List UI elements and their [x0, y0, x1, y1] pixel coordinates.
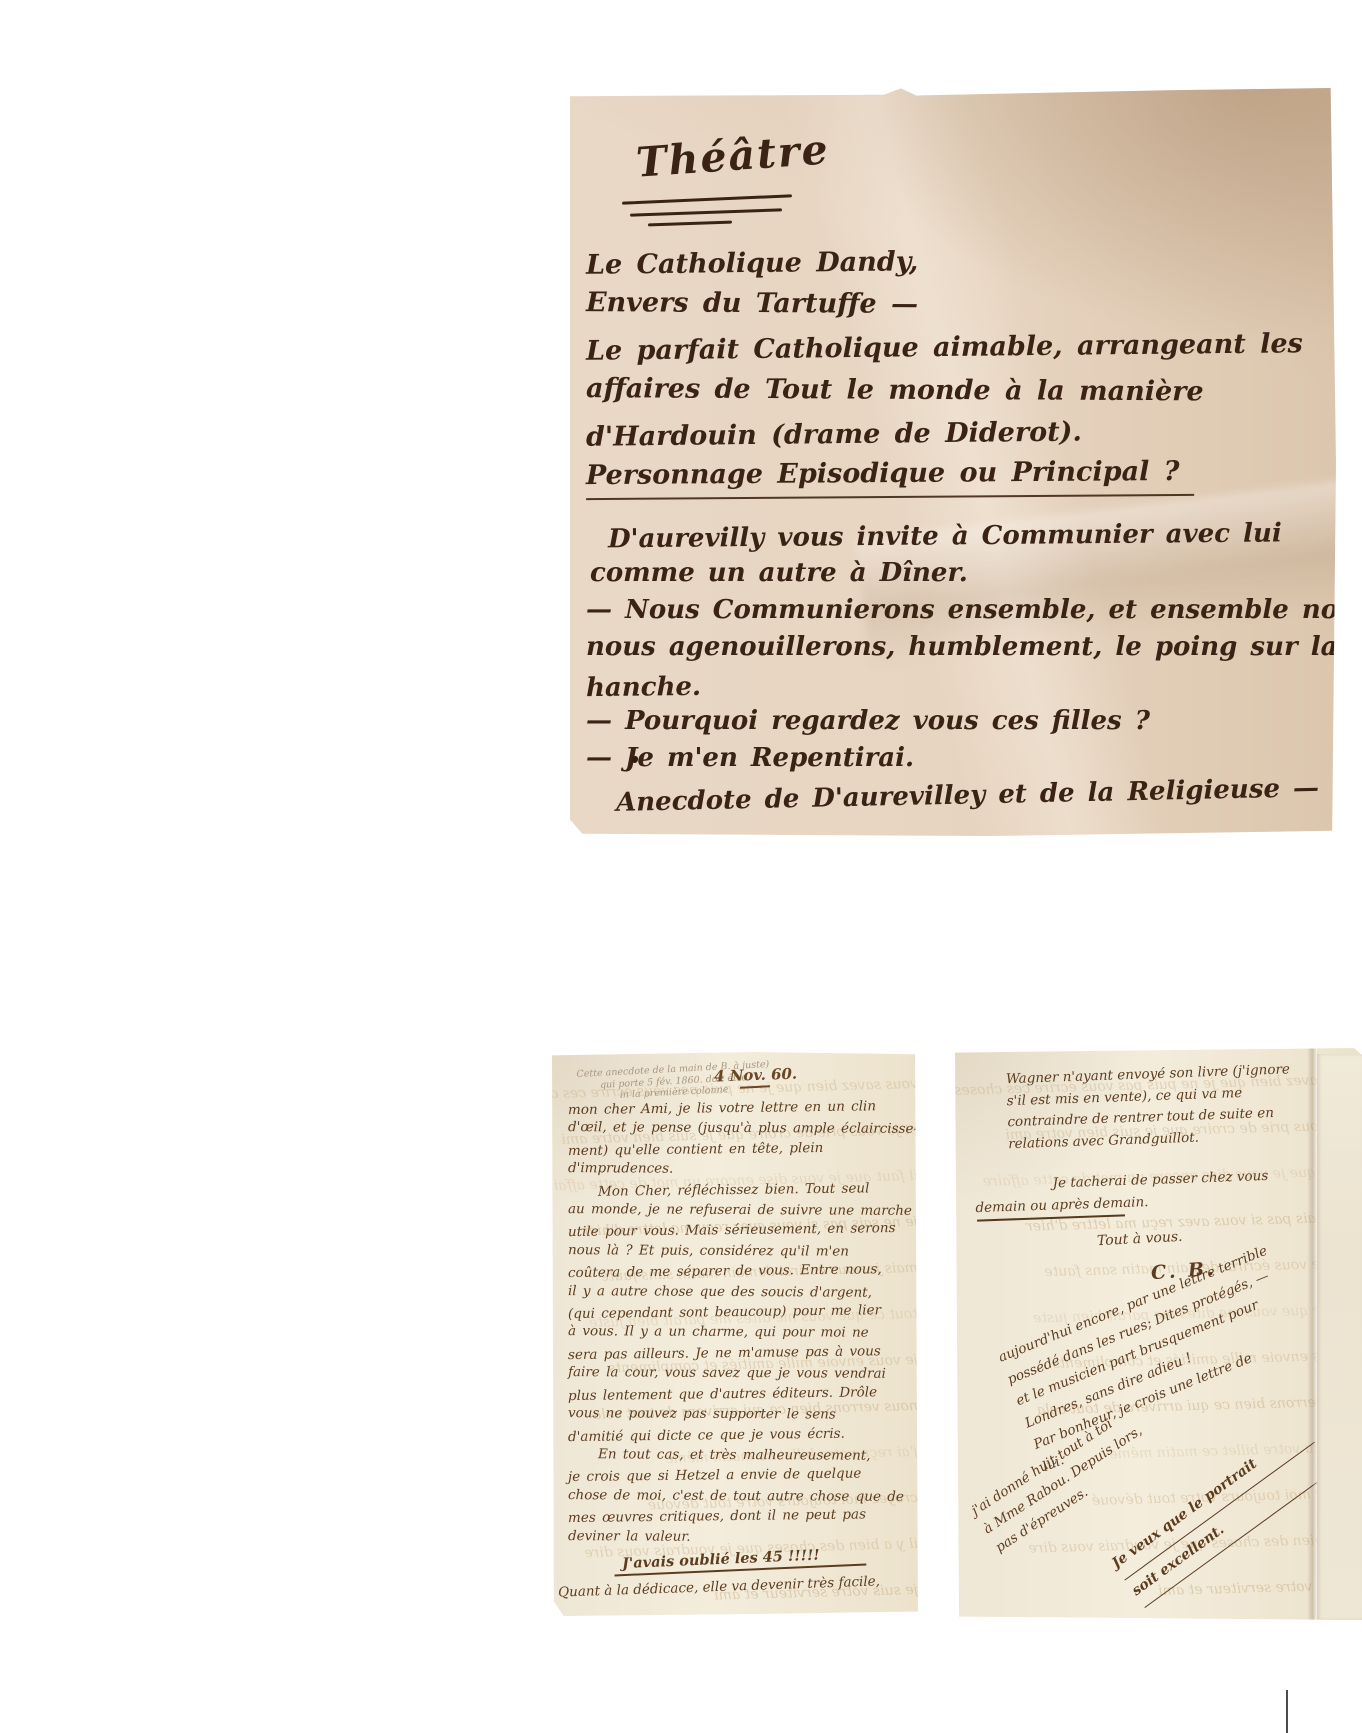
handwritten-line: D'aurevilly vous invite à Communier avec… — [608, 515, 1336, 559]
handwritten-line: Envers du Tartuffe — — [586, 281, 1303, 328]
handwritten-line: d'œil, et je pense (jusqu'à plus ample é… — [568, 1118, 908, 1140]
handwritten-line: affaires de Tout le monde à la manière — [586, 367, 1303, 414]
letter-date: 4 Nov. 60. — [714, 1065, 798, 1086]
folded-leaf-edge — [1317, 1054, 1362, 1620]
underlined-heading-text: Personnage Episodique ou Principal ? — [586, 456, 1194, 500]
handwritten-line: Anecdote de D'aurevilley et de la Religi… — [616, 769, 1336, 822]
handwritten-line: d'imprudences. — [568, 1158, 908, 1180]
manuscript-scan-page: Théâtre Le Catholique Dandy,Envers du Ta… — [0, 0, 1362, 1733]
letter-page-left: vous savez bien que je ne puis pas vous … — [552, 1052, 918, 1616]
title-underline-stroke — [630, 208, 782, 216]
manuscript-paragraph: Le Catholique Dandy,Envers du Tartuffe —… — [586, 240, 1303, 455]
title-underline-stroke — [622, 194, 792, 204]
text-cursor-mark — [1286, 1690, 1288, 1733]
manuscript-theatre-notes: Théâtre Le Catholique Dandy,Envers du Ta… — [570, 88, 1336, 836]
manuscript-paragraph: D'aurevilly vous invite à Communier avec… — [586, 518, 1336, 814]
letter-page-right: vous savez bien que je ne puis pas vous … — [955, 1048, 1362, 1620]
handwritten-line: à vous. Il y a un charme, qui pour moi n… — [568, 1322, 908, 1344]
handwritten-line: Le Catholique Dandy, — [586, 236, 1303, 287]
letter-body: mon cher Ami, je lis votre lettre en un … — [568, 1098, 908, 1547]
handwritten-line: je crois que si Hetzel a envie de quelqu… — [568, 1463, 908, 1488]
title-underline-stroke — [648, 221, 732, 226]
handwritten-line: — Pourquoi regardez vous ces filles ? — [586, 703, 1336, 740]
letter-body: Wagner n'ayant envoyé son livre (j'ignor… — [1006, 1059, 1309, 1155]
handwritten-line: d'Hardouin (drame de Diderot). — [586, 408, 1303, 459]
handwritten-line: mes œuvres critiques, dont il ne peut pa… — [568, 1504, 908, 1529]
paper-fold-crease — [1307, 1048, 1317, 1620]
handwritten-line: coûtera de me séparer de vous. Entre nou… — [568, 1259, 908, 1284]
handwritten-line: — Nous Communierons ensemble, et ensembl… — [586, 592, 1336, 629]
handwritten-line: utile pour vous. Mais sérieusement, en s… — [568, 1218, 908, 1243]
handwritten-line: faire la cour, vous savez que je vous ve… — [568, 1362, 908, 1384]
handwritten-line: d'amitié qui dicte ce que je vous écris. — [568, 1422, 908, 1447]
handwritten-line: comme un autre à Dîner. — [590, 555, 1336, 592]
manuscript-heading: Personnage Episodique ou Principal ? — [586, 458, 1194, 498]
manuscript-title: Théâtre — [635, 125, 831, 186]
handwritten-line: vous ne pouvez pas supporter le sens — [568, 1403, 908, 1425]
handwritten-line: Le parfait Catholique aimable, arrangean… — [586, 322, 1303, 373]
handwritten-line: nous agenouillerons, humblement, le poin… — [586, 629, 1336, 666]
handwritten-line: hanche. — [586, 662, 1336, 707]
